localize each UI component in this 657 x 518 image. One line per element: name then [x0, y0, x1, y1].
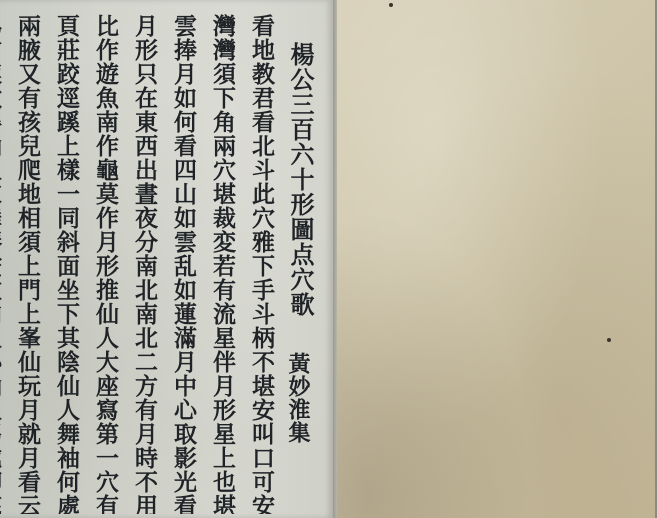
- left-page-manuscript: 楊公三百六十形圖点穴歌 看地教君看北斗此穴雅下手斗柄不堪安叫口可安排半月 灣灣須…: [0, 0, 333, 518]
- text-column-6: 頁莊跤逕蹊上樣一同斜面坐下其陰仙人舞袖何處点心穴: [47, 14, 85, 514]
- book-spread: 楊公三百六十形圖点穴歌 看地教君看北斗此穴雅下手斗柄不堪安叫口可安排半月 灣灣須…: [0, 0, 657, 518]
- right-page-blank: [337, 0, 657, 518]
- text-column-2: 灣灣須下角兩穴堪裁変若有流星伴月形星上也堪尋詳: [203, 14, 241, 514]
- text-columns: 楊公三百六十形圖点穴歌 看地教君看北斗此穴雅下手斗柄不堪安叫口可安排半月 灣灣須…: [0, 14, 319, 514]
- author-attribution: 黃妙淮集: [279, 352, 317, 502]
- ink-spot: [389, 3, 393, 7]
- text-column-3: 雲捧月如何看四山如雲乱如蓮滿月中心取影光看濃處: [164, 14, 202, 514]
- text-column-5: 比作遊魚南作龜莫作月形推仙人大座寫第一穴有臍心: [86, 14, 124, 514]
- ink-spot: [607, 338, 611, 342]
- text-column-7: 兩腋又有孩兒爬地相須上門上峯仙玩月就月看云雲: [8, 14, 46, 514]
- text-column-1: 看地教君看北斗此穴雅下手斗柄不堪安叫口可安排半月: [242, 14, 280, 514]
- text-column-4: 月形只在東西出晝夜分南北南北二方有月時不用去登之: [125, 14, 163, 514]
- text-column-8: 為前案歌得仙人來舞琴按穴向人心仙人踢毬脚底中毬: [0, 14, 7, 514]
